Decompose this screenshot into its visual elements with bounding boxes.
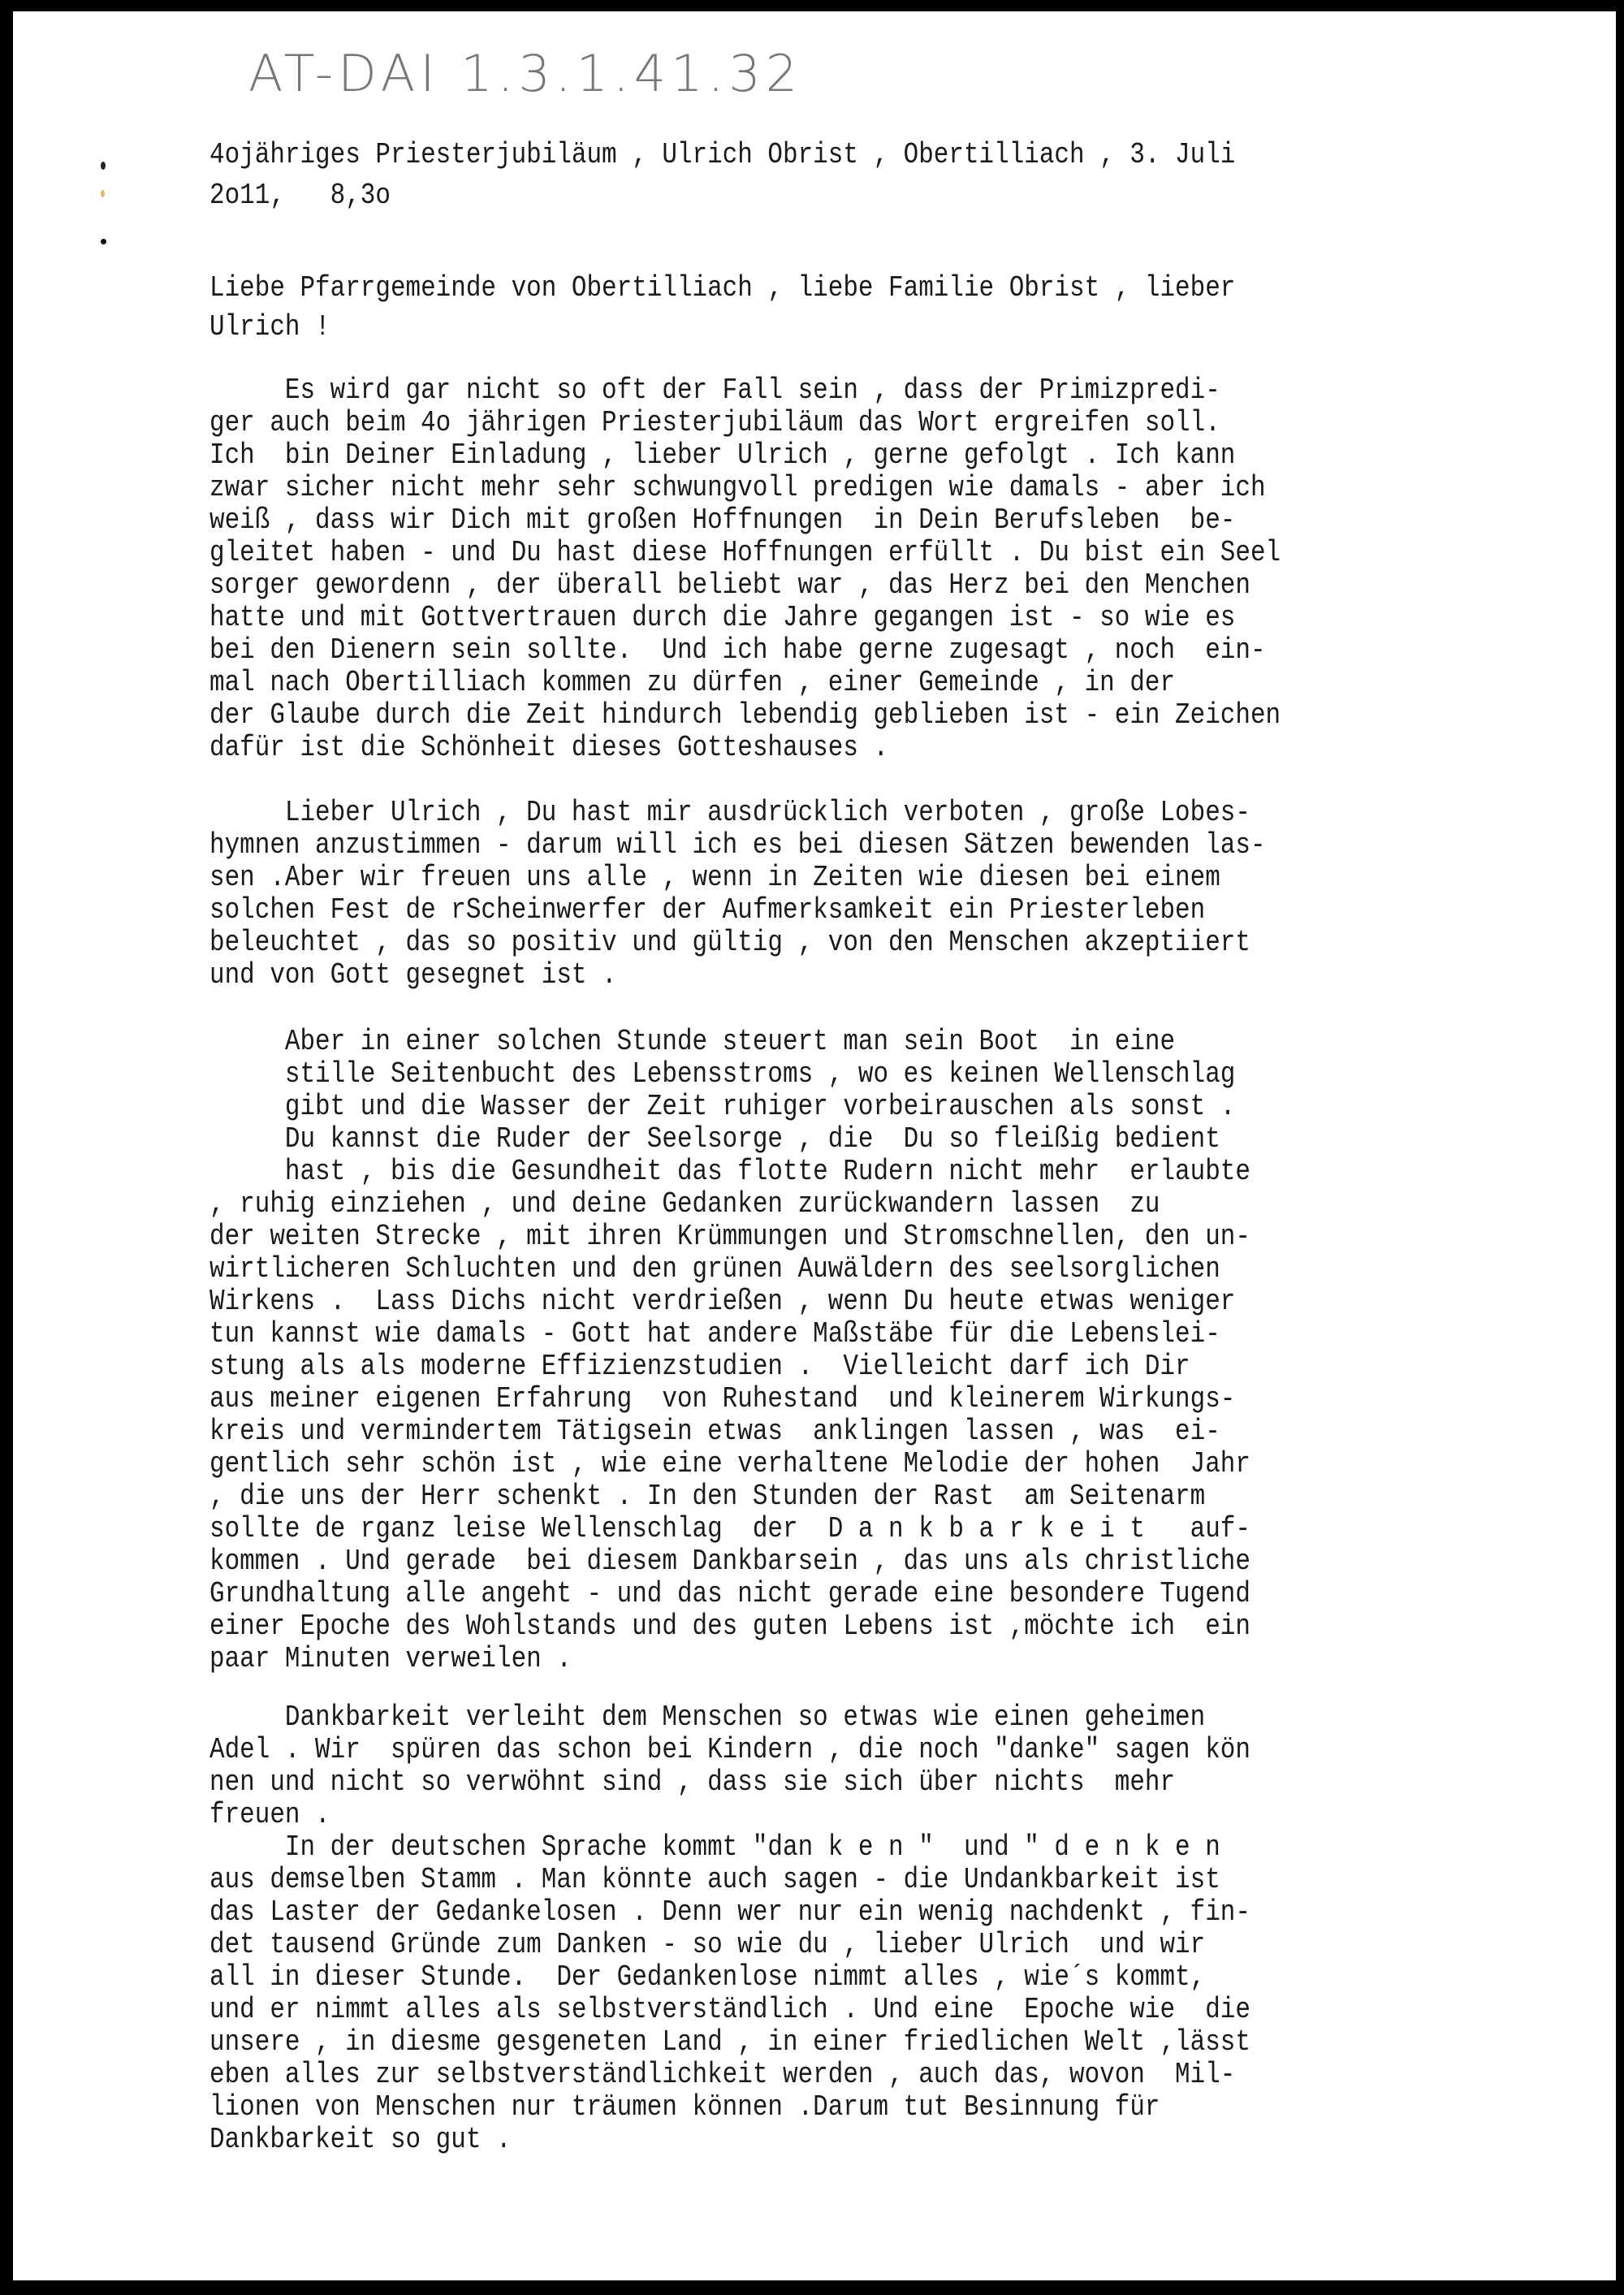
text-line: solchen Fest de rScheinwerfer der Aufmer… xyxy=(209,895,1205,926)
text-line: aus demselben Stamm . Man könnte auch sa… xyxy=(209,1865,1220,1895)
text-line: Dankbarkeit so gut . xyxy=(209,2124,512,2155)
text-line: kommen . Und gerade bei diesem Dankbarse… xyxy=(209,1546,1250,1577)
text-line: Du kannst die Ruder der Seelsorge , die … xyxy=(209,1124,1220,1155)
text-line: Adel . Wir spüren das schon bei Kindern … xyxy=(209,1735,1250,1766)
sermon-header: 4ojähriges Priesterjubiläum , Ulrich Obr… xyxy=(209,140,270,263)
archive-signature: AT-DAI 1.3.1.41.32 xyxy=(248,44,802,103)
text-line: ger auch beim 4o jährigen Priesterjubilä… xyxy=(209,408,1220,439)
text-line: paar Minuten verweilen . xyxy=(209,1644,572,1675)
paragraph-2: Lieber Ulrich , Du hast mir ausdrücklich… xyxy=(209,797,270,1044)
text-line: kreis und vermindertem Tätigsein etwas a… xyxy=(209,1416,1220,1447)
salutation-line: Liebe Pfarrgemeinde von Obertilliach , l… xyxy=(209,273,1235,304)
text-line: tun kannst wie damals - Gott hat andere … xyxy=(209,1319,1220,1350)
text-line: Lieber Ulrich , Du hast mir ausdrücklich… xyxy=(209,797,1250,828)
text-line: hatte und mit Gottvertrauen durch die Ja… xyxy=(209,603,1235,633)
text-line: Grundhaltung alle angeht - und das nicht… xyxy=(209,1579,1250,1610)
text-line: Es wird gar nicht so oft der Fall sein ,… xyxy=(209,375,1220,406)
text-line: nen und nicht so verwöhnt sind , dass si… xyxy=(209,1767,1175,1798)
text-line: der weiten Strecke , mit ihren Krümmunge… xyxy=(209,1221,1250,1252)
ink-mark xyxy=(101,162,106,170)
text-line: dafür ist die Schönheit dieses Gotteshau… xyxy=(209,733,888,763)
text-line: hymnen anzustimmen - darum will ich es b… xyxy=(209,830,1266,861)
text-line: wirtlicheren Schluchten und den grünen A… xyxy=(209,1254,1220,1285)
text-line: beleuchtet , das so positiv und gültig ,… xyxy=(209,927,1250,958)
text-line: all in dieser Stunde. Der Gedankenlose n… xyxy=(209,1962,1205,1993)
text-line: und er nimmt alles als selbstverständlic… xyxy=(209,1995,1250,2025)
paragraph-1: Es wird gar nicht so oft der Fall sein ,… xyxy=(209,375,270,807)
text-line: , die uns der Herr schenkt . In den Stun… xyxy=(209,1481,1205,1512)
header-line: 2o11, 8,3o xyxy=(209,180,391,211)
text-line: freuen . xyxy=(209,1800,330,1830)
text-line: sorger gewordenn , der überall beliebt w… xyxy=(209,570,1250,601)
document-page: AT-DAI 1.3.1.41.32 4ojähriges Priesterju… xyxy=(13,11,1616,2280)
text-line: sen .Aber wir freuen uns alle , wenn in … xyxy=(209,862,1220,893)
paragraph-4: Dankbarkeit verleiht dem Menschen so etw… xyxy=(209,1702,270,2196)
text-line: det tausend Gründe zum Danken - so wie d… xyxy=(209,1930,1205,1960)
ink-mark xyxy=(101,190,105,197)
text-line: weiß , dass wir Dich mit großen Hoffnung… xyxy=(209,505,1235,536)
text-line: bei den Dienern sein sollte. Und ich hab… xyxy=(209,635,1266,666)
text-line: Dankbarkeit verleiht dem Menschen so etw… xyxy=(209,1702,1205,1733)
text-line: hast , bis die Gesundheit das flotte Rud… xyxy=(209,1156,1250,1187)
paragraph-3: Aber in einer solchen Stunde steuert man… xyxy=(209,1026,270,1705)
text-line: , ruhig einziehen , und deine Gedanken z… xyxy=(209,1189,1160,1220)
salutation-line: Ulrich ! xyxy=(209,312,330,343)
text-line: In der deutschen Sprache kommt "dan k e … xyxy=(209,1832,1220,1863)
text-line: aus meiner eigenen Erfahrung von Ruhesta… xyxy=(209,1384,1235,1415)
text-line: zwar sicher nicht mehr sehr schwungvoll … xyxy=(209,473,1266,504)
text-line: Aber in einer solchen Stunde steuert man… xyxy=(209,1026,1175,1057)
text-line: gleitet haben - und Du hast diese Hoffnu… xyxy=(209,538,1281,568)
text-line: gentlich sehr schön ist , wie eine verha… xyxy=(209,1449,1250,1480)
text-line: stille Seitenbucht des Lebensstroms , wo… xyxy=(209,1059,1235,1090)
punch-hole-mark xyxy=(101,239,106,244)
text-line: unsere , in diesme gesgeneten Land , in … xyxy=(209,2027,1250,2058)
header-line: 4ojähriges Priesterjubiläum , Ulrich Obr… xyxy=(209,140,1235,171)
margin-marks xyxy=(101,162,112,259)
text-line: stung als als moderne Effizienzstudien .… xyxy=(209,1351,1190,1382)
text-line: eben alles zur selbstverständlichkeit we… xyxy=(209,2059,1235,2090)
text-line: und von Gott gesegnet ist . xyxy=(209,960,617,991)
text-line: gibt und die Wasser der Zeit ruhiger vor… xyxy=(209,1091,1235,1122)
text-line: sollte de rganz leise Wellenschlag der D… xyxy=(209,1514,1250,1545)
text-line: der Glaube durch die Zeit hindurch leben… xyxy=(209,700,1281,731)
text-line: Wirkens . Lass Dichs nicht verdrießen , … xyxy=(209,1286,1235,1317)
text-line: das Laster der Gedankelosen . Denn wer n… xyxy=(209,1897,1250,1928)
text-line: mal nach Obertilliach kommen zu dürfen ,… xyxy=(209,668,1175,698)
text-line: lionen von Menschen nur träumen können .… xyxy=(209,2092,1160,2123)
text-line: einer Epoche des Wohlstands und des gute… xyxy=(209,1611,1250,1642)
text-line: Ich bin Deiner Einladung , lieber Ulrich… xyxy=(209,440,1235,471)
